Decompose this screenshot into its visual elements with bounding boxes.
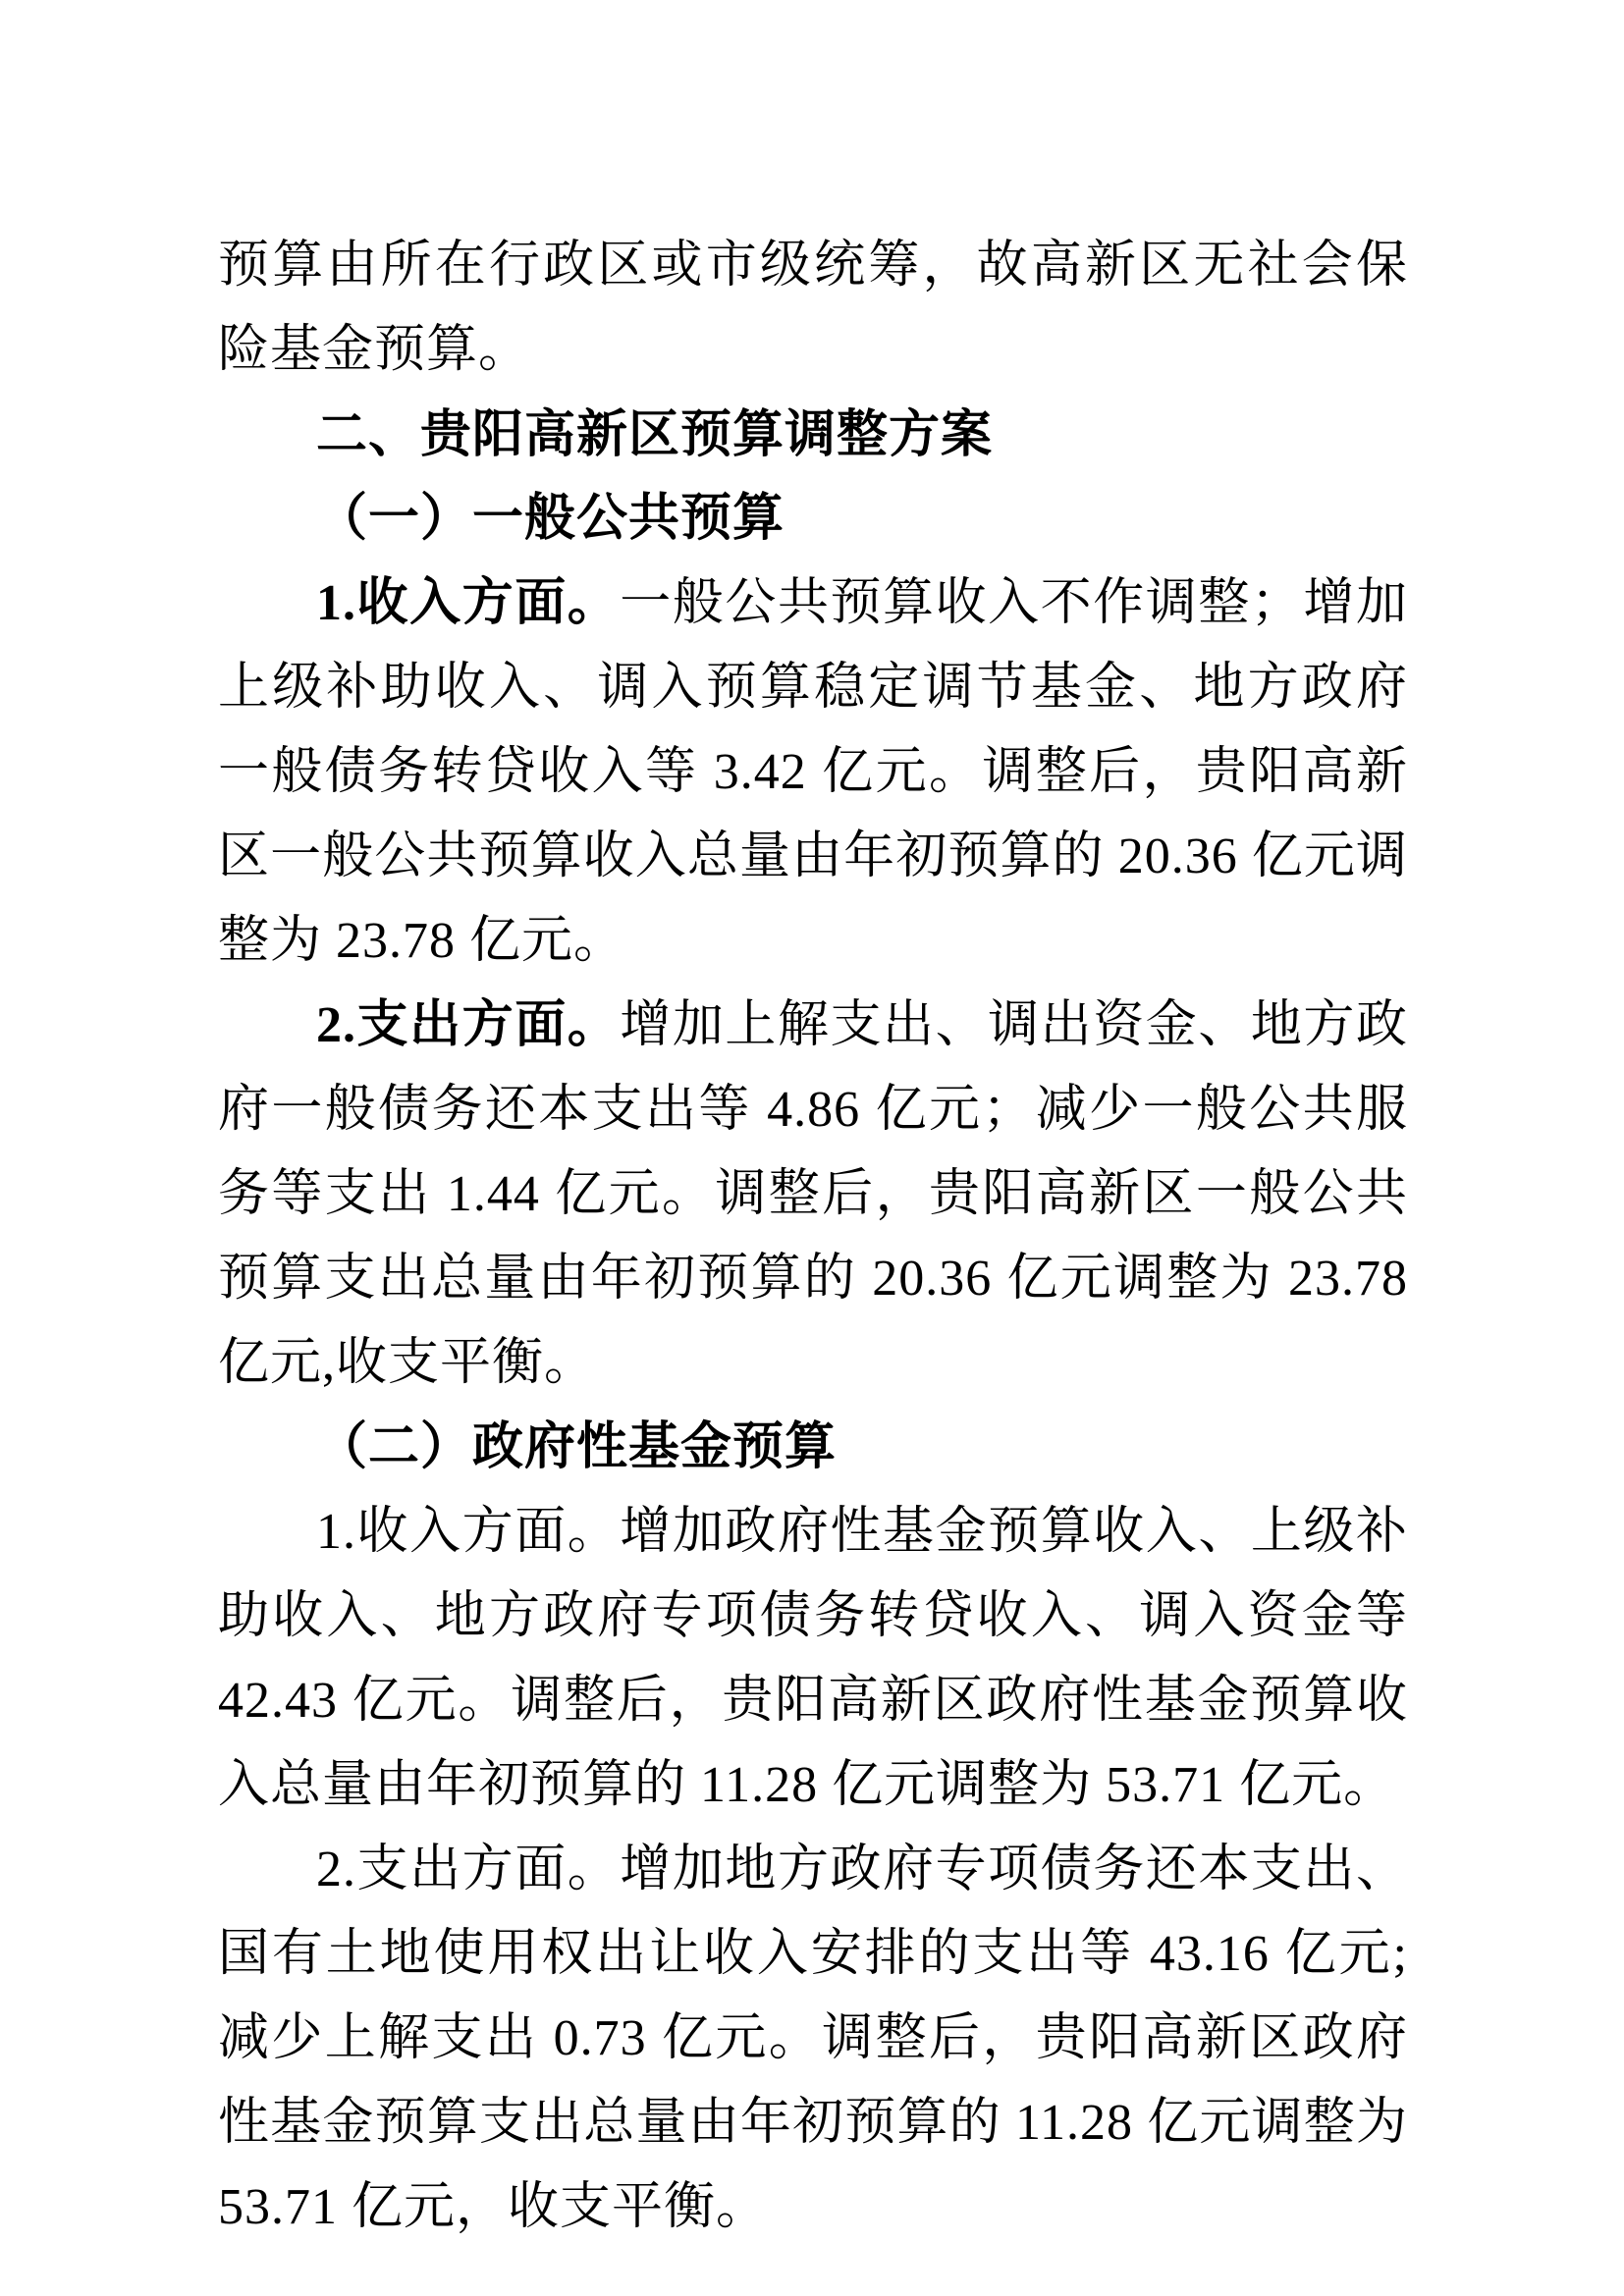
paragraph-lead-expenditure: 2.支出方面。 [316, 997, 620, 1053]
section-heading-2: 二、贵阳高新区预算调整方案 [218, 393, 1408, 477]
document-text-block: 预算由所在行政区或市级统筹，故高新区无社会保险基金预算。 二、贵阳高新区预算调整… [218, 224, 1408, 2250]
paragraph-income-general-text: 一般公共预算收入不作调整；增加上级补助收入、调入预算稳定调节基金、地方政府一般债… [218, 575, 1408, 969]
subsection-heading-1-general-public-budget: （一）一般公共预算 [218, 477, 1408, 561]
subsection-heading-2-government-fund-budget: （二）政府性基金预算 [218, 1406, 1408, 1490]
paragraph-expenditure-general-text: 增加上解支出、调出资金、地方政府一般债务还本支出等 4.86 亿元；减少一般公共… [218, 997, 1408, 1391]
paragraph-income-fund: 1.收入方面。增加政府性基金预算收入、上级补助收入、地方政府专项债务转贷收入、调… [218, 1490, 1408, 1828]
paragraph-lead-income: 1.收入方面。 [316, 575, 620, 631]
paragraph-expenditure-fund: 2.支出方面。增加地方政府专项债务还本支出、国有土地使用权出让收入安排的支出等 … [218, 1828, 1408, 2250]
paragraph-expenditure-general: 2.支出方面。增加上解支出、调出资金、地方政府一般债务还本支出等 4.86 亿元… [218, 984, 1408, 1406]
document-page: 预算由所在行政区或市级统筹，故高新区无社会保险基金预算。 二、贵阳高新区预算调整… [0, 0, 1624, 2296]
paragraph-income-general: 1.收入方面。一般公共预算收入不作调整；增加上级补助收入、调入预算稳定调节基金、… [218, 561, 1408, 984]
paragraph-continuation: 预算由所在行政区或市级统筹，故高新区无社会保险基金预算。 [218, 224, 1408, 393]
